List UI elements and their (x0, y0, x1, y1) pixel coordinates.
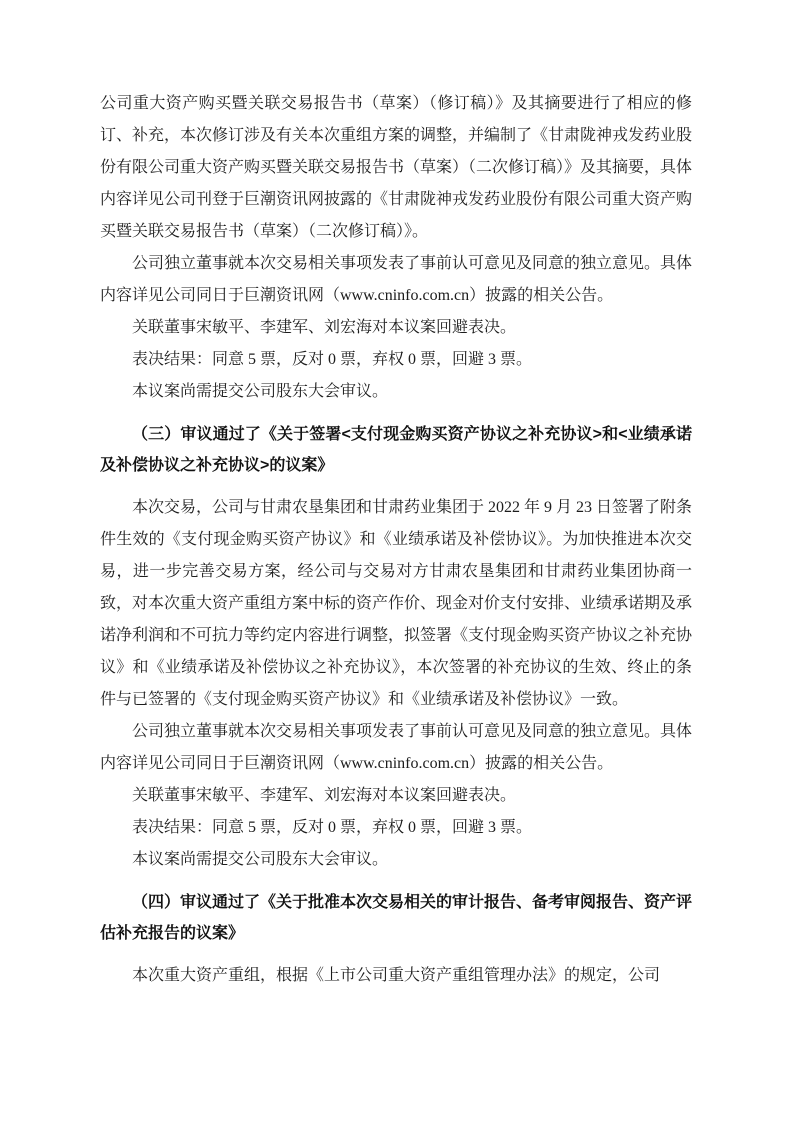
paragraph-independent-directors-opinion-2: 公司独立董事就本次交易相关事项发表了事前认可意见及同意的独立意见。具体内容详见公… (100, 716, 692, 780)
paragraph-vote-result-2: 表决结果：同意 5 票，反对 0 票，弃权 0 票，回避 3 票。 (100, 812, 692, 844)
heading-item-three-supplementary-agreements: （三）审议通过了《关于签署<支付现金购买资产协议之补充协议>和<业绩承诺及补偿协… (100, 419, 692, 481)
paragraph-transaction-supplementary-agreement-details: 本次交易，公司与甘肃农垦集团和甘肃药业集团于 2022 年 9 月 23 日签署… (100, 492, 692, 716)
paragraph-restructuring-regulation-basis: 本次重大资产重组，根据《上市公司重大资产重组管理办法》的规定，公司 (100, 960, 692, 992)
paragraph-shareholder-meeting-review-1: 本议案尚需提交公司股东大会审议。 (100, 376, 692, 408)
paragraph-independent-directors-opinion-1: 公司独立董事就本次交易相关事项发表了事前认可意见及同意的独立意见。具体内容详见公… (100, 248, 692, 312)
document-body: 公司重大资产购买暨关联交易报告书（草案）（修订稿）》及其摘要进行了相应的修订、补… (100, 88, 692, 992)
paragraph-related-directors-recusal-2: 关联董事宋敏平、李建军、刘宏海对本议案回避表决。 (100, 780, 692, 812)
paragraph-report-amendment-continuation: 公司重大资产购买暨关联交易报告书（草案）（修订稿）》及其摘要进行了相应的修订、补… (100, 88, 692, 248)
document-page: 公司重大资产购买暨关联交易报告书（草案）（修订稿）》及其摘要进行了相应的修订、补… (0, 0, 793, 1122)
paragraph-related-directors-recusal-1: 关联董事宋敏平、李建军、刘宏海对本议案回避表决。 (100, 312, 692, 344)
heading-item-four-audit-reports: （四）审议通过了《关于批准本次交易相关的审计报告、备考审阅报告、资产评估补充报告… (100, 887, 692, 949)
paragraph-vote-result-1: 表决结果：同意 5 票，反对 0 票，弃权 0 票，回避 3 票。 (100, 344, 692, 376)
paragraph-shareholder-meeting-review-2: 本议案尚需提交公司股东大会审议。 (100, 844, 692, 876)
